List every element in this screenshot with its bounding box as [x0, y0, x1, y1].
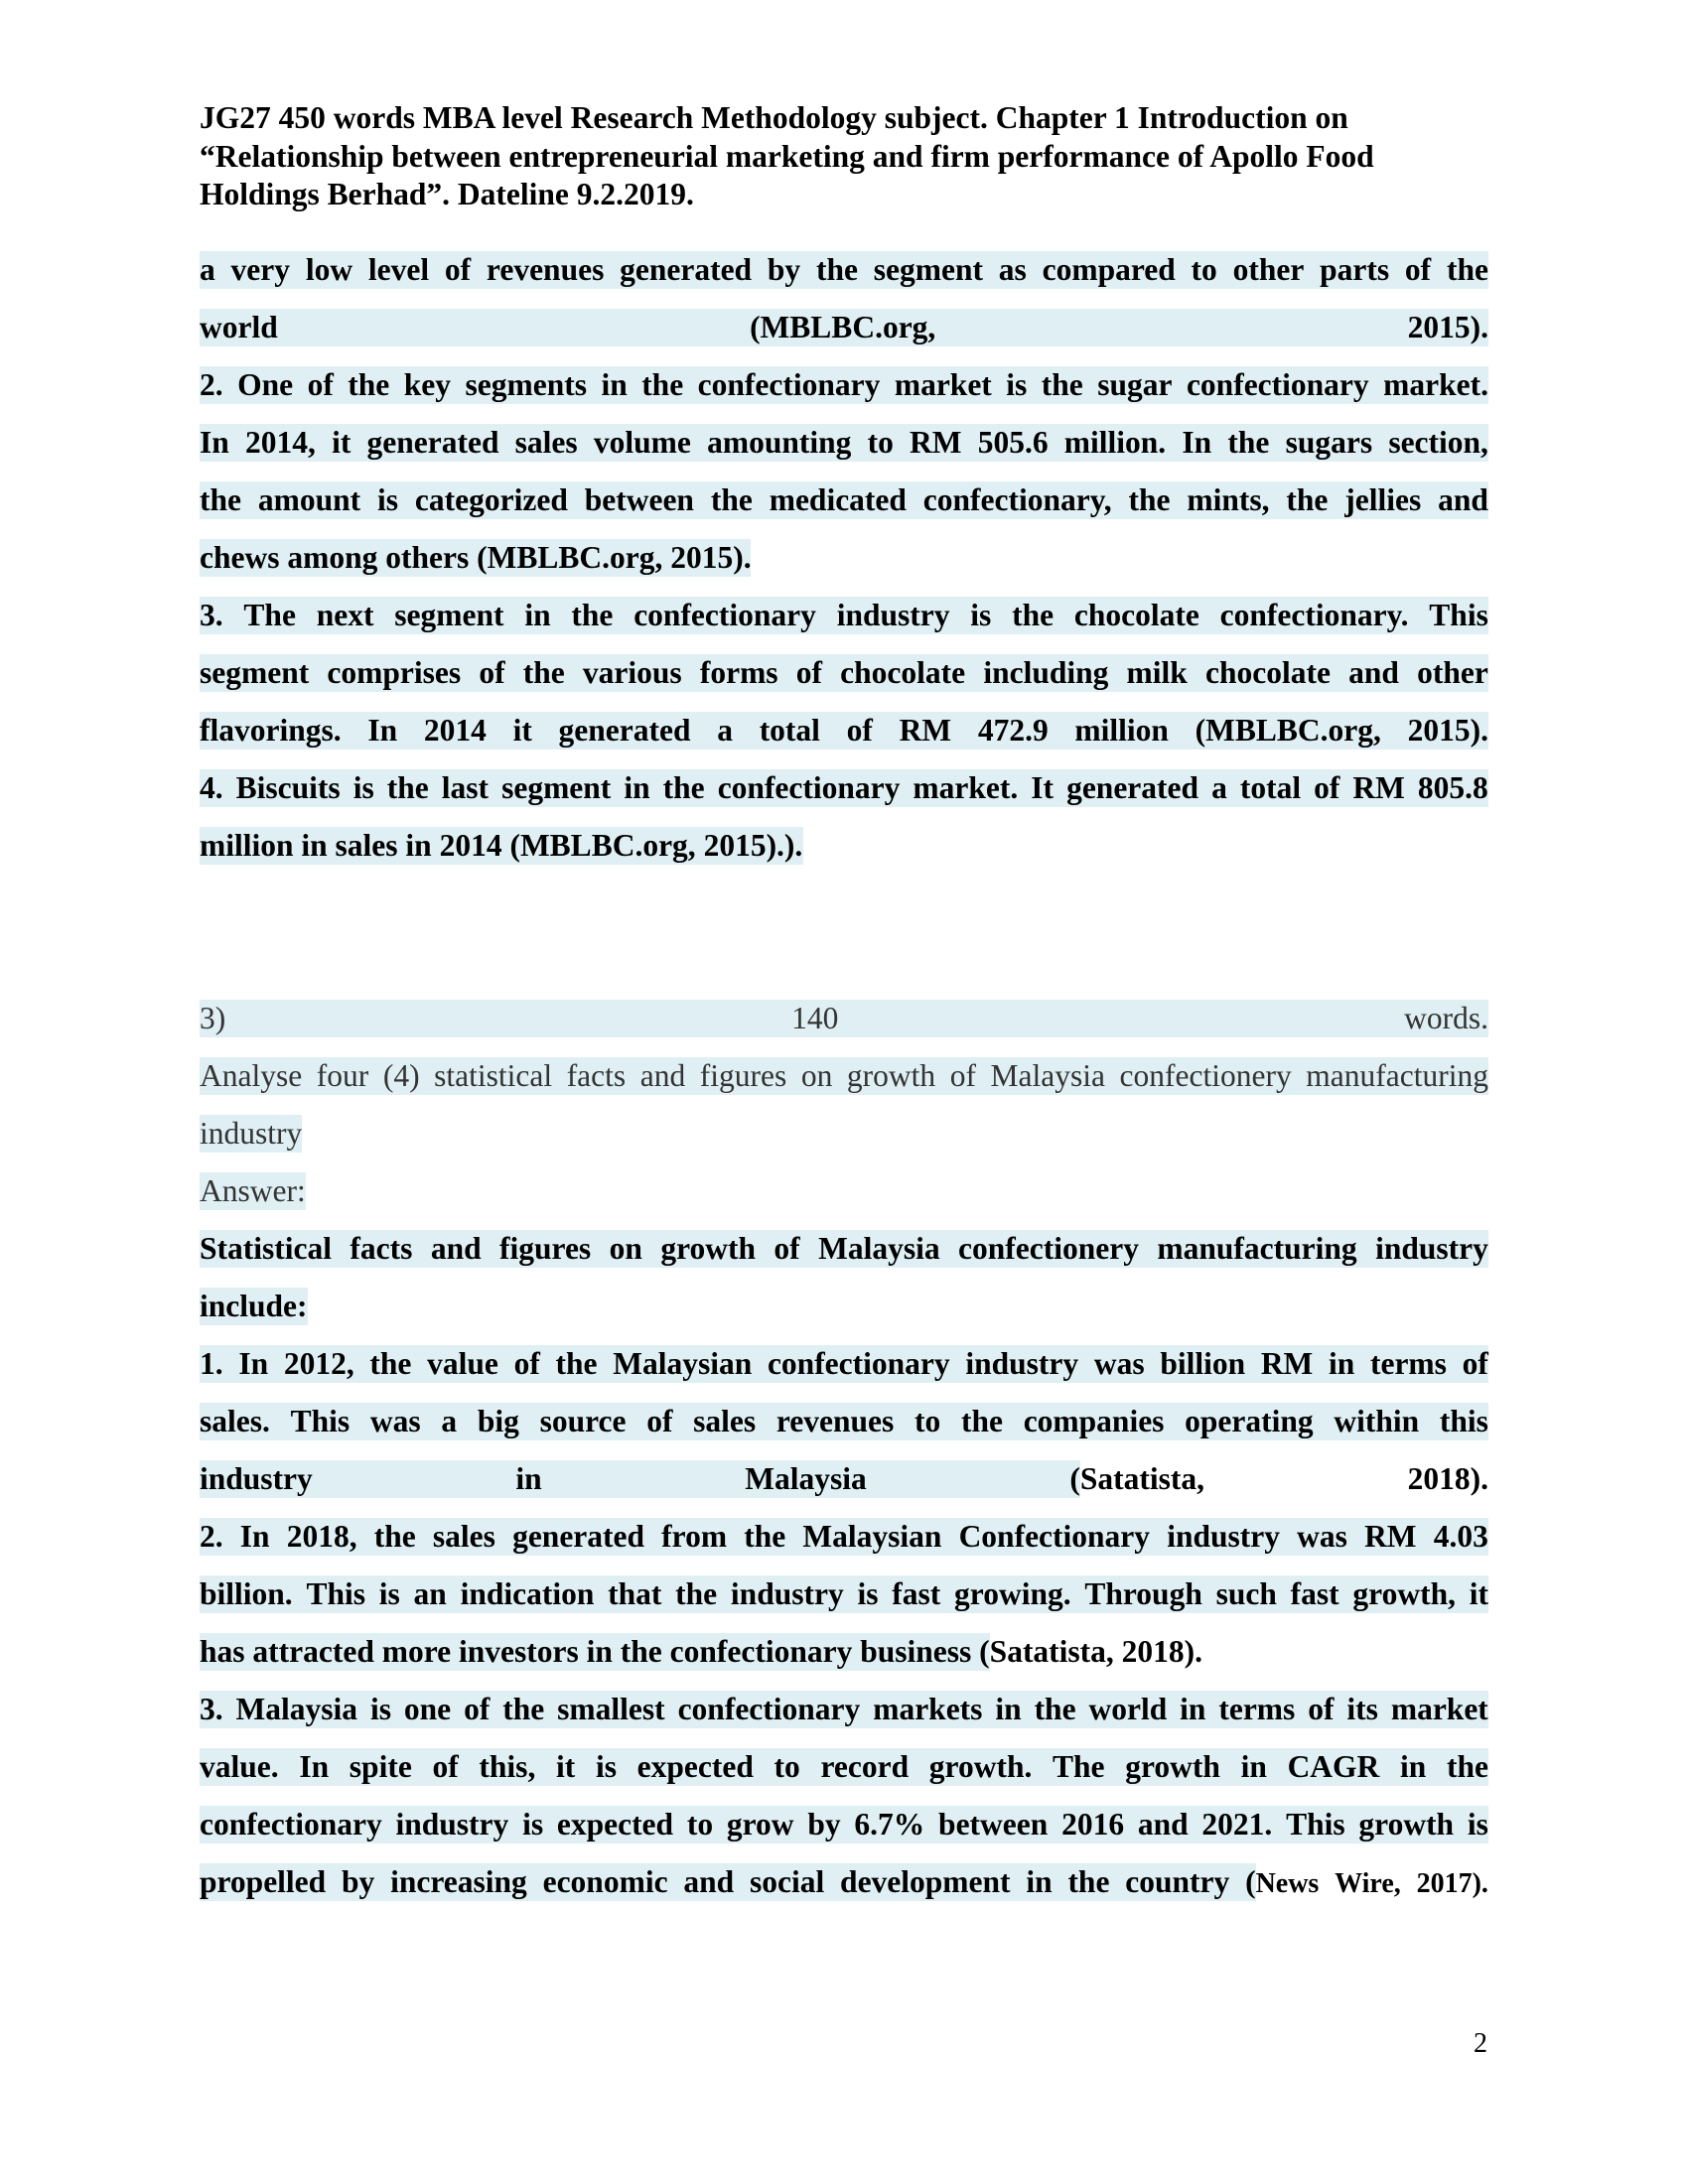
- word: the: [1042, 366, 1083, 404]
- word: In: [200, 424, 229, 462]
- word: in: [524, 597, 550, 634]
- word: confectionary,: [923, 481, 1112, 519]
- word: is: [379, 1575, 400, 1613]
- header-line-1: JG27 450 words MBA level Research Method…: [200, 99, 1500, 138]
- text-run: (4): [383, 1058, 420, 1093]
- space: [328, 827, 336, 865]
- text-run: 2.: [200, 1519, 223, 1554]
- word: world: [200, 309, 278, 346]
- text-line-content: 3)140words.: [200, 1000, 1488, 1037]
- word: Malaysia: [745, 1460, 867, 1498]
- text-run: from: [661, 1519, 727, 1554]
- word: to: [1192, 251, 1217, 289]
- word: among: [287, 539, 377, 577]
- space: [1114, 1633, 1122, 1671]
- text-run: revenues: [776, 1404, 894, 1438]
- word: RM: [1261, 1345, 1313, 1383]
- text-run: 1.: [200, 1346, 223, 1381]
- text-run: terms: [1370, 1346, 1447, 1381]
- word: generated: [512, 1518, 644, 1556]
- word: figures: [700, 1057, 786, 1095]
- text-run: industry: [200, 1116, 302, 1151]
- word: confectionary: [768, 1345, 950, 1383]
- text-run: in: [301, 828, 327, 863]
- text-run: to: [774, 1749, 800, 1784]
- word: in: [515, 1460, 541, 1498]
- word: RM: [910, 424, 961, 462]
- word: value.: [200, 1748, 279, 1786]
- word: the: [1129, 481, 1171, 519]
- text-run: segment: [394, 598, 503, 632]
- text-line: billion.Thisisanindicationthattheindustr…: [200, 1575, 1488, 1633]
- word: amount: [258, 481, 360, 519]
- word: its: [1346, 1691, 1378, 1728]
- text-line-content: flavorings.In2014itgeneratedatotalofRM47…: [200, 712, 1488, 750]
- word: (Satatista,: [979, 1633, 1114, 1671]
- space: [971, 1633, 979, 1671]
- text-run: of: [1314, 770, 1339, 805]
- word: words.: [1404, 1000, 1488, 1037]
- word: 505.6: [978, 424, 1049, 462]
- word: RM: [1352, 769, 1404, 807]
- text-run: 2015).).: [704, 828, 803, 863]
- text-run: volume: [594, 425, 691, 460]
- text-run: the: [1012, 598, 1054, 632]
- word: manufacturing: [1157, 1230, 1356, 1268]
- word: of: [774, 1230, 799, 1268]
- space: [502, 827, 510, 865]
- text-run: is: [1006, 367, 1027, 402]
- text-run: expected: [637, 1749, 754, 1784]
- text-line: has attracted more investors in the conf…: [200, 1633, 1488, 1691]
- word: growing.: [954, 1575, 1071, 1613]
- word: markets: [873, 1691, 982, 1728]
- word: fast: [892, 1575, 940, 1613]
- text-line: StatisticalfactsandfiguresongrowthofMala…: [200, 1230, 1488, 1288]
- text-run: value: [427, 1346, 498, 1381]
- word: One: [237, 366, 293, 404]
- word: the: [369, 1345, 411, 1383]
- word: Malaysian: [802, 1518, 941, 1556]
- text-line: 3.Malaysiaisoneofthesmallestconfectionar…: [200, 1691, 1488, 1748]
- word: total: [1240, 769, 1301, 807]
- text-run: of: [847, 713, 873, 748]
- text-run: the: [1227, 425, 1269, 460]
- text-run: and: [1438, 482, 1488, 517]
- text-run: chews: [200, 540, 280, 575]
- text-run: compared: [1043, 252, 1176, 287]
- word: 2014: [424, 712, 487, 750]
- text-run: (: [1245, 1864, 1256, 1899]
- word: confectionary: [633, 597, 816, 634]
- text-run: the: [571, 598, 613, 632]
- word: to: [774, 1748, 800, 1786]
- text-run: segment: [874, 252, 983, 287]
- text-run: in: [624, 770, 649, 805]
- word: on: [801, 1057, 833, 1095]
- word: industry: [200, 1460, 313, 1498]
- text-run: It: [1031, 770, 1054, 805]
- text-line-content: propelledbyincreasingeconomicandsocialde…: [200, 1863, 1488, 1901]
- text-run: RM: [910, 425, 961, 460]
- text-run: generated: [559, 713, 691, 748]
- text-run: In: [200, 425, 229, 460]
- text-run: 805.8: [1418, 770, 1488, 805]
- text-run: revenues: [487, 252, 604, 287]
- word: development: [840, 1863, 1010, 1901]
- text-run: Satatista,: [990, 1634, 1114, 1669]
- text-line-content: industry: [200, 1115, 1488, 1153]
- text-run: development: [840, 1864, 1010, 1899]
- word: economic: [543, 1863, 668, 1901]
- text-run: sales: [336, 828, 398, 863]
- text-run: facts: [567, 1058, 626, 1093]
- text-run: such: [1216, 1576, 1277, 1611]
- text-run: market: [1391, 1692, 1488, 1726]
- word: million: [1074, 712, 1169, 750]
- text-run: industry: [1375, 1231, 1488, 1266]
- word: 2.: [200, 1518, 223, 1556]
- text-run: it: [1470, 1576, 1488, 1611]
- word: 140: [791, 1000, 838, 1037]
- word: RM: [1364, 1518, 1416, 1556]
- word: by: [342, 1863, 374, 1901]
- text-line-content: include:: [200, 1288, 1488, 1325]
- word: is: [377, 481, 398, 519]
- text-run: industry: [965, 1346, 1078, 1381]
- text-run: Malaysian: [613, 1346, 752, 1381]
- word: compared: [1043, 251, 1176, 289]
- text-run: mints,: [1187, 482, 1269, 517]
- text-line: segmentcomprisesofthevariousformsofchoco…: [200, 654, 1488, 712]
- word: is: [1468, 1806, 1488, 1843]
- text-run: markets: [873, 1692, 982, 1726]
- word: 2018).: [1122, 1633, 1202, 1671]
- text-run: a: [717, 713, 733, 748]
- word: the: [675, 1575, 717, 1613]
- word: facts: [350, 1230, 412, 1268]
- word: confectionary: [670, 1633, 853, 1671]
- text-run: 2021.: [1201, 1807, 1272, 1842]
- text-run: by: [342, 1864, 374, 1899]
- word: chews: [200, 539, 280, 577]
- text-line-content: In2014,itgeneratedsalesvolumeamountingto…: [200, 424, 1488, 462]
- text-run: it: [556, 1749, 575, 1784]
- text-run: Malaysia: [745, 1461, 867, 1496]
- space: [451, 1633, 459, 1671]
- word: the: [1067, 1863, 1109, 1901]
- text-run: four: [317, 1058, 368, 1093]
- word: an: [414, 1575, 447, 1613]
- word: other: [1417, 654, 1488, 692]
- word: level: [368, 251, 429, 289]
- word: by: [768, 251, 800, 289]
- word: industry: [965, 1345, 1078, 1383]
- word: the: [1447, 1748, 1488, 1786]
- text-run: chocolate: [1074, 598, 1199, 632]
- text-run: the: [675, 1576, 717, 1611]
- word: in: [301, 827, 327, 865]
- document-page: JG27 450 words MBA level Research Method…: [0, 0, 1688, 2184]
- word: industry: [395, 1806, 508, 1843]
- text-run: a: [200, 252, 215, 287]
- word: 2012,: [284, 1345, 354, 1383]
- word: sugar: [1097, 366, 1172, 404]
- text-line-content: segmentcomprisesofthevariousformsofchoco…: [200, 654, 1488, 692]
- text-run: confectionery: [1120, 1058, 1292, 1093]
- word: sales: [693, 1403, 756, 1440]
- text-run: confectionary,: [923, 482, 1112, 517]
- word: 3): [200, 1000, 225, 1037]
- document-header: JG27 450 words MBA level Research Method…: [200, 99, 1500, 214]
- word: 2018,: [287, 1518, 357, 1556]
- word: growth: [660, 1230, 756, 1268]
- text-run: million: [200, 828, 294, 863]
- text-run: growth: [1358, 1807, 1454, 1842]
- word: 2017).: [1417, 1865, 1488, 1903]
- text-run: economic: [543, 1864, 668, 1899]
- word: the: [556, 1345, 598, 1383]
- word: the: [200, 481, 241, 519]
- text-run: confectionary: [718, 770, 901, 805]
- word: next: [317, 597, 374, 634]
- text-run: of: [774, 1231, 799, 1266]
- word: spite: [350, 1748, 412, 1786]
- word: fast: [1291, 1575, 1339, 1613]
- text-run: facts: [350, 1231, 412, 1266]
- text-line: propelledbyincreasingeconomicandsocialde…: [200, 1863, 1488, 1921]
- word: of: [847, 712, 873, 750]
- text-run: CAGR: [1288, 1749, 1380, 1784]
- text-run: RM: [1352, 770, 1404, 805]
- text-line-content: world(MBLBC.org,2015).: [200, 309, 1488, 346]
- word: parts: [1320, 251, 1389, 289]
- word: growth: [1358, 1806, 1454, 1843]
- word: the: [641, 366, 683, 404]
- word: of: [445, 251, 471, 289]
- text-run: jellies: [1344, 482, 1421, 517]
- text-run: sugars: [1286, 425, 1373, 460]
- text-run: manufacturing: [1306, 1058, 1488, 1093]
- word: the: [1227, 424, 1269, 462]
- word: companies: [1024, 1403, 1165, 1440]
- text-run: the: [523, 655, 565, 690]
- word: In: [1182, 424, 1211, 462]
- word: section,: [1388, 424, 1488, 462]
- word: 2.: [200, 366, 223, 404]
- text-run: companies: [1024, 1404, 1165, 1438]
- text-run: the: [663, 770, 705, 805]
- space: [662, 1633, 670, 1671]
- text-run: 2018,: [287, 1519, 357, 1554]
- word: in: [1329, 1345, 1354, 1383]
- word: in: [624, 769, 649, 807]
- word: In: [367, 712, 397, 750]
- text-run: million.: [1064, 425, 1166, 460]
- word: is: [596, 1748, 617, 1786]
- word: increasing: [390, 1863, 527, 1901]
- text-run: billion: [1160, 1346, 1245, 1381]
- word: is: [1006, 366, 1027, 404]
- text-run: total: [760, 713, 820, 748]
- text-run: propelled: [200, 1864, 326, 1899]
- text-line: 3.Thenextsegmentintheconfectionaryindust…: [200, 597, 1488, 654]
- text-run: RM: [1261, 1346, 1313, 1381]
- word: It: [1031, 769, 1054, 807]
- text-run: to: [687, 1807, 713, 1842]
- word: the: [387, 769, 429, 807]
- word: include:: [200, 1288, 308, 1325]
- text-run: and: [431, 1231, 482, 1266]
- word: the: [374, 1518, 416, 1556]
- text-run: 2014: [440, 828, 502, 863]
- word: sales: [336, 827, 398, 865]
- text-run: confectionary: [698, 367, 881, 402]
- word: milk: [1127, 654, 1188, 692]
- text-run: Wire,: [1335, 1868, 1401, 1899]
- word: amounting: [707, 424, 851, 462]
- text-line-content: million in sales in 2014 (MBLBC.org, 201…: [200, 827, 1488, 865]
- text-run: of: [950, 1058, 976, 1093]
- text-run: to: [914, 1404, 940, 1438]
- word: 2014: [440, 827, 502, 865]
- text-run: to: [868, 425, 894, 460]
- text-run: fast: [1291, 1576, 1339, 1611]
- text-line-content: value.Inspiteofthis,itisexpectedtorecord…: [200, 1748, 1488, 1786]
- word: the: [523, 654, 565, 692]
- word: Malaysian: [613, 1345, 752, 1383]
- text-run: on: [801, 1058, 833, 1093]
- text-run: One: [237, 367, 293, 402]
- word: the: [961, 1403, 1003, 1440]
- word: of: [464, 1691, 490, 1728]
- text-run: confectionary: [768, 1346, 950, 1381]
- word: other: [1233, 251, 1305, 289]
- text-run: of: [479, 655, 504, 690]
- word: market: [895, 366, 992, 404]
- text-run: the: [387, 770, 429, 805]
- word: sugars: [1286, 424, 1373, 462]
- text-run: 2015).: [670, 540, 751, 575]
- text-run: it: [332, 425, 351, 460]
- word: In: [240, 1518, 270, 1556]
- text-run: in: [995, 1692, 1021, 1726]
- text-run: the: [374, 1519, 416, 1554]
- text-line-content: averylowlevelofrevenuesgeneratedbytheseg…: [200, 251, 1488, 289]
- word: a: [717, 712, 733, 750]
- text-run: confectionary.: [1220, 598, 1409, 632]
- text-run: low: [306, 252, 352, 287]
- text-run: in: [1241, 1749, 1267, 1784]
- text-run: other: [1417, 655, 1488, 690]
- text-run: among: [287, 540, 377, 575]
- word: 472.9: [978, 712, 1049, 750]
- text-run: is: [377, 482, 398, 517]
- text-run: figures: [499, 1231, 591, 1266]
- word: million.: [1064, 424, 1166, 462]
- text-run: a: [1211, 770, 1227, 805]
- text-run: growth: [847, 1058, 935, 1093]
- text-run: forms: [700, 655, 778, 690]
- text-run: 505.6: [978, 425, 1049, 460]
- word: is: [857, 1575, 878, 1613]
- text-run: market: [895, 367, 992, 402]
- word: by: [807, 1806, 840, 1843]
- text-run: industry: [395, 1807, 508, 1842]
- text-run: in: [515, 1461, 541, 1496]
- text-run: words.: [1404, 1001, 1488, 1035]
- text-run: sales.: [200, 1404, 270, 1438]
- text-run: of: [514, 1346, 540, 1381]
- text-run: 6.7%: [854, 1807, 924, 1842]
- text-run: fast: [892, 1576, 940, 1611]
- text-run: is: [1468, 1807, 1488, 1842]
- text-run: (MBLBC.org,: [509, 828, 695, 863]
- text-run: Malaysia: [236, 1692, 358, 1726]
- word: a: [441, 1403, 457, 1440]
- word: market.: [1383, 366, 1488, 404]
- text-line: 1.In2012,thevalueoftheMalaysianconfectio…: [200, 1345, 1488, 1403]
- space: [245, 1633, 253, 1671]
- text-run: RM: [1364, 1519, 1416, 1554]
- text-run: indication: [461, 1576, 595, 1611]
- text-run: confectionery: [958, 1231, 1139, 1266]
- word: on: [610, 1230, 642, 1268]
- space: [852, 1633, 860, 1671]
- text-run: parts: [1320, 252, 1389, 287]
- word: CAGR: [1288, 1748, 1380, 1786]
- word: 4.: [200, 769, 223, 807]
- word: industry: [731, 1575, 844, 1613]
- text-line-content: 4.Biscuitsisthelastsegmentintheconfectio…: [200, 769, 1488, 807]
- word: segment: [874, 251, 983, 289]
- word: Analyse: [200, 1057, 302, 1095]
- word: 2021.: [1201, 1806, 1272, 1843]
- text-run: the: [641, 367, 683, 402]
- word: in: [1400, 1748, 1426, 1786]
- word: to: [914, 1403, 940, 1440]
- text-run: the: [744, 1519, 785, 1554]
- word: confectionary: [678, 1691, 861, 1728]
- word: has: [200, 1633, 245, 1671]
- word: 6.7%: [854, 1806, 924, 1843]
- text-run: This: [1286, 1807, 1345, 1842]
- word: of: [308, 366, 334, 404]
- text-run: chocolate: [1205, 655, 1331, 690]
- text-run: generated: [367, 425, 499, 460]
- text-run: the: [556, 1346, 598, 1381]
- word: including: [983, 654, 1108, 692]
- text-run: Malaysian: [802, 1519, 941, 1554]
- word: comprises: [327, 654, 461, 692]
- text-run: Confectionary: [959, 1519, 1150, 1554]
- text-line: sales.Thiswasabigsourceofsalesrevenuesto…: [200, 1403, 1488, 1460]
- text-run: the: [816, 252, 858, 287]
- word: is: [353, 769, 374, 807]
- word: market.: [913, 769, 1018, 807]
- text-run: very: [231, 252, 290, 287]
- text-run: smallest: [557, 1692, 664, 1726]
- word: this,: [479, 1748, 535, 1786]
- text-line-content: Analysefour(4)statisticalfactsandfigures…: [200, 1057, 1488, 1095]
- text-run: this,: [479, 1749, 535, 1784]
- text-run: (MBLBC.org,: [1196, 713, 1381, 748]
- text-run: more: [382, 1634, 451, 1669]
- text-line-content: industryinMalaysia(Satatista,2018).: [200, 1460, 1488, 1498]
- text-run: sales: [433, 1519, 495, 1554]
- word: 2015).: [1408, 712, 1488, 750]
- text-run: In: [240, 1519, 270, 1554]
